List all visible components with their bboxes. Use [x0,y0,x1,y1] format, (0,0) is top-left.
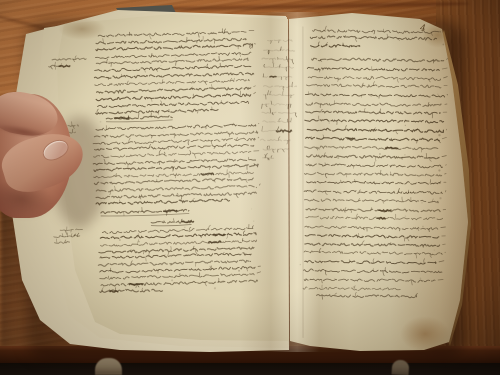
gutter-shading [240,12,350,352]
age-stain-top-right [422,22,454,48]
age-stain-bottom-right [400,316,450,352]
table-leg-right [391,359,409,375]
table-leg-left [95,358,122,375]
dark-floor [0,363,500,375]
age-stain-top-left [58,18,106,40]
photo-scene: 4 [0,0,500,375]
folio-number: 4 [420,24,426,34]
